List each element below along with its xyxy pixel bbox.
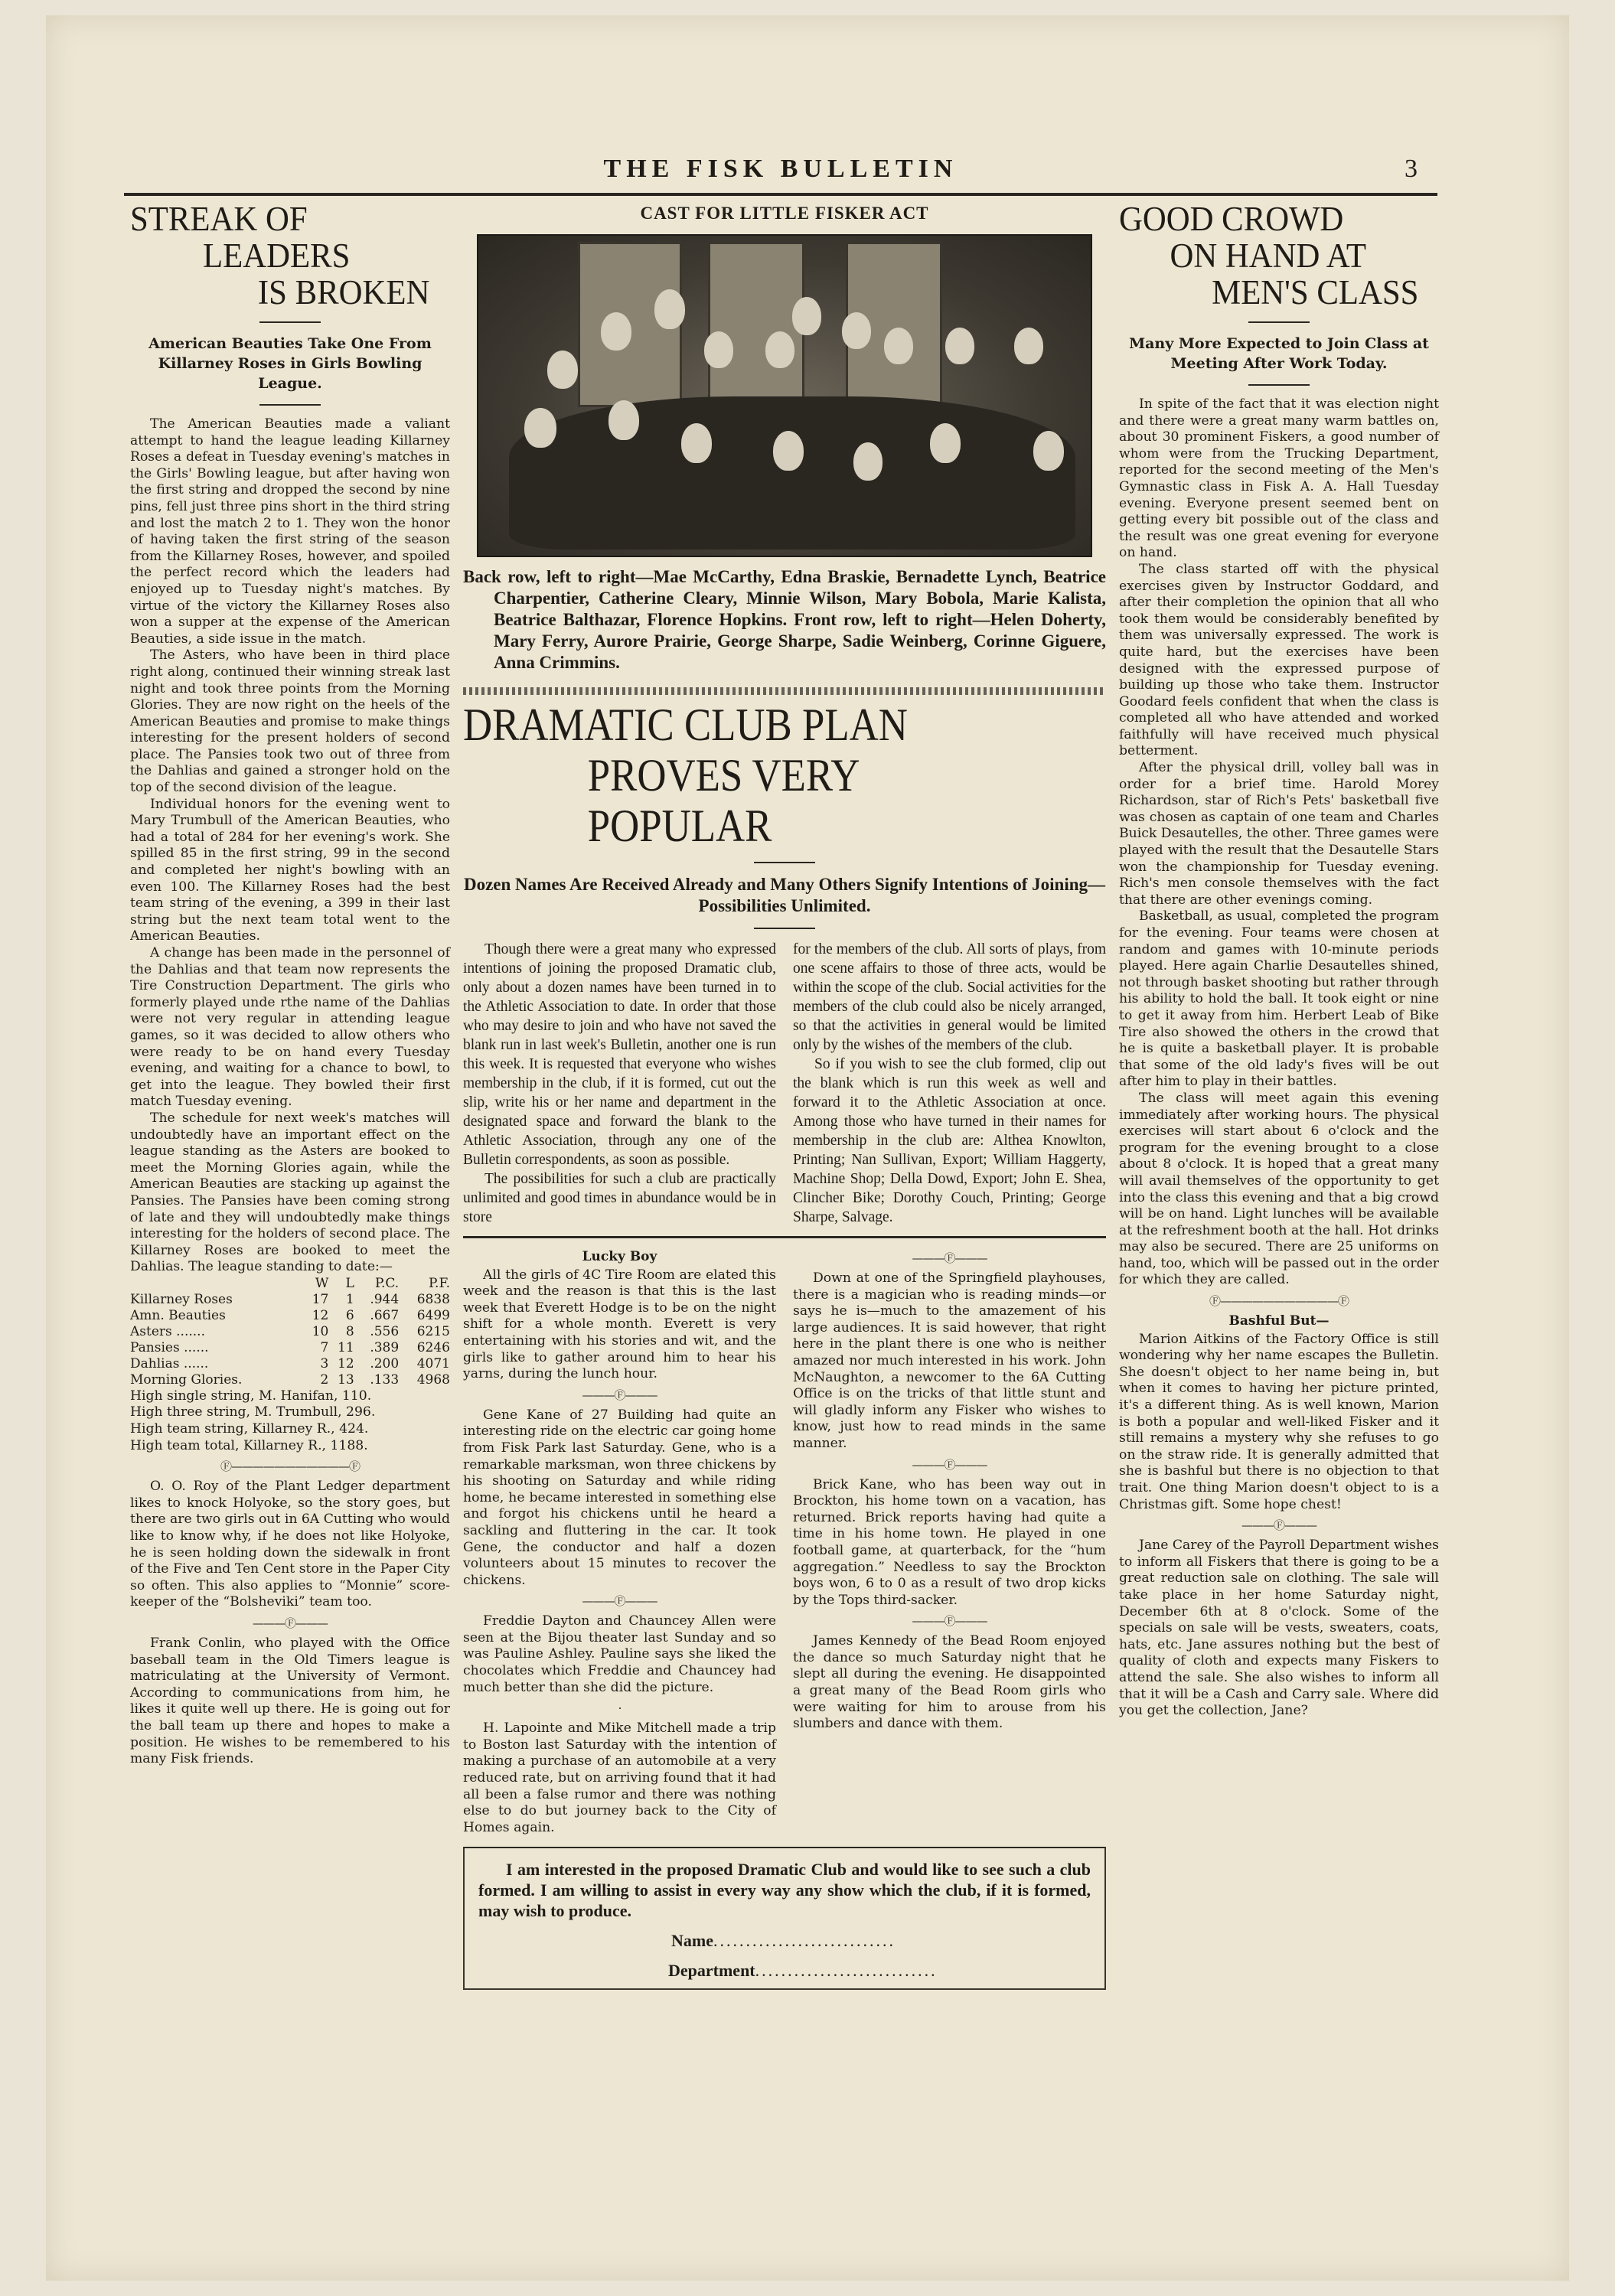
face <box>1033 431 1064 471</box>
bowling-article: STREAK OF LEADERS IS BROKEN American Bea… <box>130 201 450 1768</box>
face <box>884 328 913 364</box>
fisk-ornament-divider: ———Ⓕ——— <box>463 1593 776 1609</box>
news-item: H. Lapointe and Mike Mitchell made a tri… <box>463 1720 776 1836</box>
fisk-ornament-divider: Ⓕ———————————Ⓕ <box>130 1459 450 1474</box>
table-row: Dahlias ......312.2004071 <box>130 1356 450 1372</box>
table-row: Amn. Beauties126.6676499 <box>130 1308 450 1324</box>
face <box>608 400 639 440</box>
news-item: Brick Kane, who has been way out in Broc… <box>793 1477 1106 1609</box>
news-item: Marion Aitkins of the Factory Office is … <box>1119 1332 1439 1514</box>
fisk-ornament-divider: ———Ⓕ——— <box>793 1457 1106 1473</box>
face <box>681 423 712 463</box>
face <box>765 331 794 368</box>
face <box>930 423 961 463</box>
name-blank[interactable]: ............................ <box>713 1931 896 1950</box>
news-item: Freddie Dayton and Chauncey Allen were s… <box>463 1613 776 1696</box>
department-label: Department <box>668 1961 755 1980</box>
face <box>547 351 578 389</box>
masthead: THE FISK BULLETIN 3 <box>122 153 1439 191</box>
article-deck: American Beauties Take One From Killarne… <box>130 334 450 393</box>
divider <box>259 321 321 323</box>
table-row: Pansies ......711.3896246 <box>130 1340 450 1356</box>
news-item: O. O. Roy of the Plant Ledger department… <box>130 1479 450 1611</box>
photo-caption: Back row, left to right—Mae McCarthy, Ed… <box>463 566 1106 673</box>
figures-silhouette <box>509 396 1075 550</box>
news-item: Down at one of the Springfield playhouse… <box>793 1270 1106 1453</box>
page-number: 3 <box>1405 155 1418 184</box>
table-row: Asters .......108.5566215 <box>130 1324 450 1340</box>
article-body: The American Beauties made a valiant att… <box>130 416 450 1768</box>
fisk-ornament-divider: ———Ⓕ——— <box>1119 1518 1439 1533</box>
record-line: High single string, M. Hanifan, 110. <box>130 1388 450 1405</box>
divider <box>754 928 815 929</box>
dramatic-club-signup-form[interactable]: I am interested in the proposed Dramatic… <box>463 1847 1106 1990</box>
face <box>945 328 974 364</box>
news-item: Gene Kane of 27 Building had quite an in… <box>463 1407 776 1590</box>
article-headline: STREAK OF LEADERS IS BROKEN <box>130 201 434 311</box>
dramatic-club-deck: Dozen Names Are Received Already and Man… <box>463 874 1106 917</box>
masthead-rule <box>124 193 1437 196</box>
article-headline: GOOD CROWD ON HAND AT MEN'S CLASS <box>1119 201 1423 311</box>
photo-title: CAST FOR LITTLE FISKER ACT <box>463 204 1106 223</box>
name-field[interactable]: Name............................ <box>478 1930 1091 1951</box>
news-item: All the girls of 4C Tire Room are elated… <box>463 1267 776 1383</box>
face <box>773 431 804 471</box>
dramatic-club-headline: DRAMATIC CLUB PLAN PROVES VERY POPULAR <box>463 700 1029 851</box>
door-decor <box>708 242 804 407</box>
form-statement: I am interested in the proposed Dramatic… <box>478 1859 1091 1921</box>
fisk-ornament-divider: ———Ⓕ——— <box>130 1616 450 1631</box>
fisk-ornament-divider: · <box>463 1701 776 1716</box>
face <box>792 297 821 335</box>
middle-section: CAST FOR LITTLE FISKER ACT Back row, lef… <box>463 201 1106 1990</box>
name-label: Name <box>671 1931 713 1950</box>
table-header-row: W L P.C. P.F. <box>130 1276 450 1292</box>
divider <box>1248 321 1310 323</box>
record-line: High three string, M. Trumbull, 296. <box>130 1404 450 1421</box>
divider <box>1248 384 1310 386</box>
face <box>842 312 871 349</box>
news-item: Jane Carey of the Payroll Department wis… <box>1119 1538 1439 1720</box>
face <box>524 408 556 448</box>
dramatic-club-body: Though there were a great many who expre… <box>463 940 1106 1227</box>
lucky-boy-title: Lucky Boy <box>463 1249 776 1266</box>
face <box>1014 328 1043 364</box>
record-line: High team total, Killarney R., 1188. <box>130 1438 450 1455</box>
fisk-ornament-divider: ———Ⓕ——— <box>463 1388 776 1403</box>
face <box>601 312 631 351</box>
mens-class-article: GOOD CROWD ON HAND AT MEN'S CLASS Many M… <box>1119 201 1439 1720</box>
news-briefs: Lucky Boy All the girls of 4C Tire Room … <box>463 1246 1106 1836</box>
league-standings-table: W L P.C. P.F. Killarney Roses171.9446838… <box>130 1276 450 1388</box>
publication-title: THE FISK BULLETIN <box>122 155 1439 184</box>
cast-group-photo <box>477 234 1092 557</box>
fisk-ornament-divider: ———Ⓕ——— <box>793 1613 1106 1629</box>
table-row: Killarney Roses171.9446838 <box>130 1292 450 1308</box>
face <box>704 331 733 368</box>
table-row: Morning Glories.213.1334968 <box>130 1372 450 1388</box>
article-body: In spite of the fact that it was electio… <box>1119 396 1439 1720</box>
face <box>654 289 685 329</box>
bashful-title: Bashful But— <box>1119 1313 1439 1330</box>
section-rule <box>463 1236 1106 1238</box>
news-item: James Kennedy of the Bead Room enjoyed t… <box>793 1633 1106 1733</box>
department-field[interactable]: Department............................ <box>478 1960 1091 1981</box>
article-deck: Many More Expected to Join Class at Meet… <box>1119 334 1439 373</box>
news-item: Frank Conlin, who played with the Office… <box>130 1636 450 1768</box>
fisk-ornament-divider: Ⓕ———————————Ⓕ <box>1119 1293 1439 1309</box>
divider <box>754 862 815 863</box>
divider <box>259 404 321 406</box>
fisk-ornament-divider: ———Ⓕ——— <box>793 1251 1106 1266</box>
face <box>853 442 883 481</box>
record-line: High team string, Killarney R., 424. <box>130 1421 450 1438</box>
department-blank[interactable]: ............................ <box>755 1961 938 1980</box>
wavy-divider <box>463 687 1106 695</box>
